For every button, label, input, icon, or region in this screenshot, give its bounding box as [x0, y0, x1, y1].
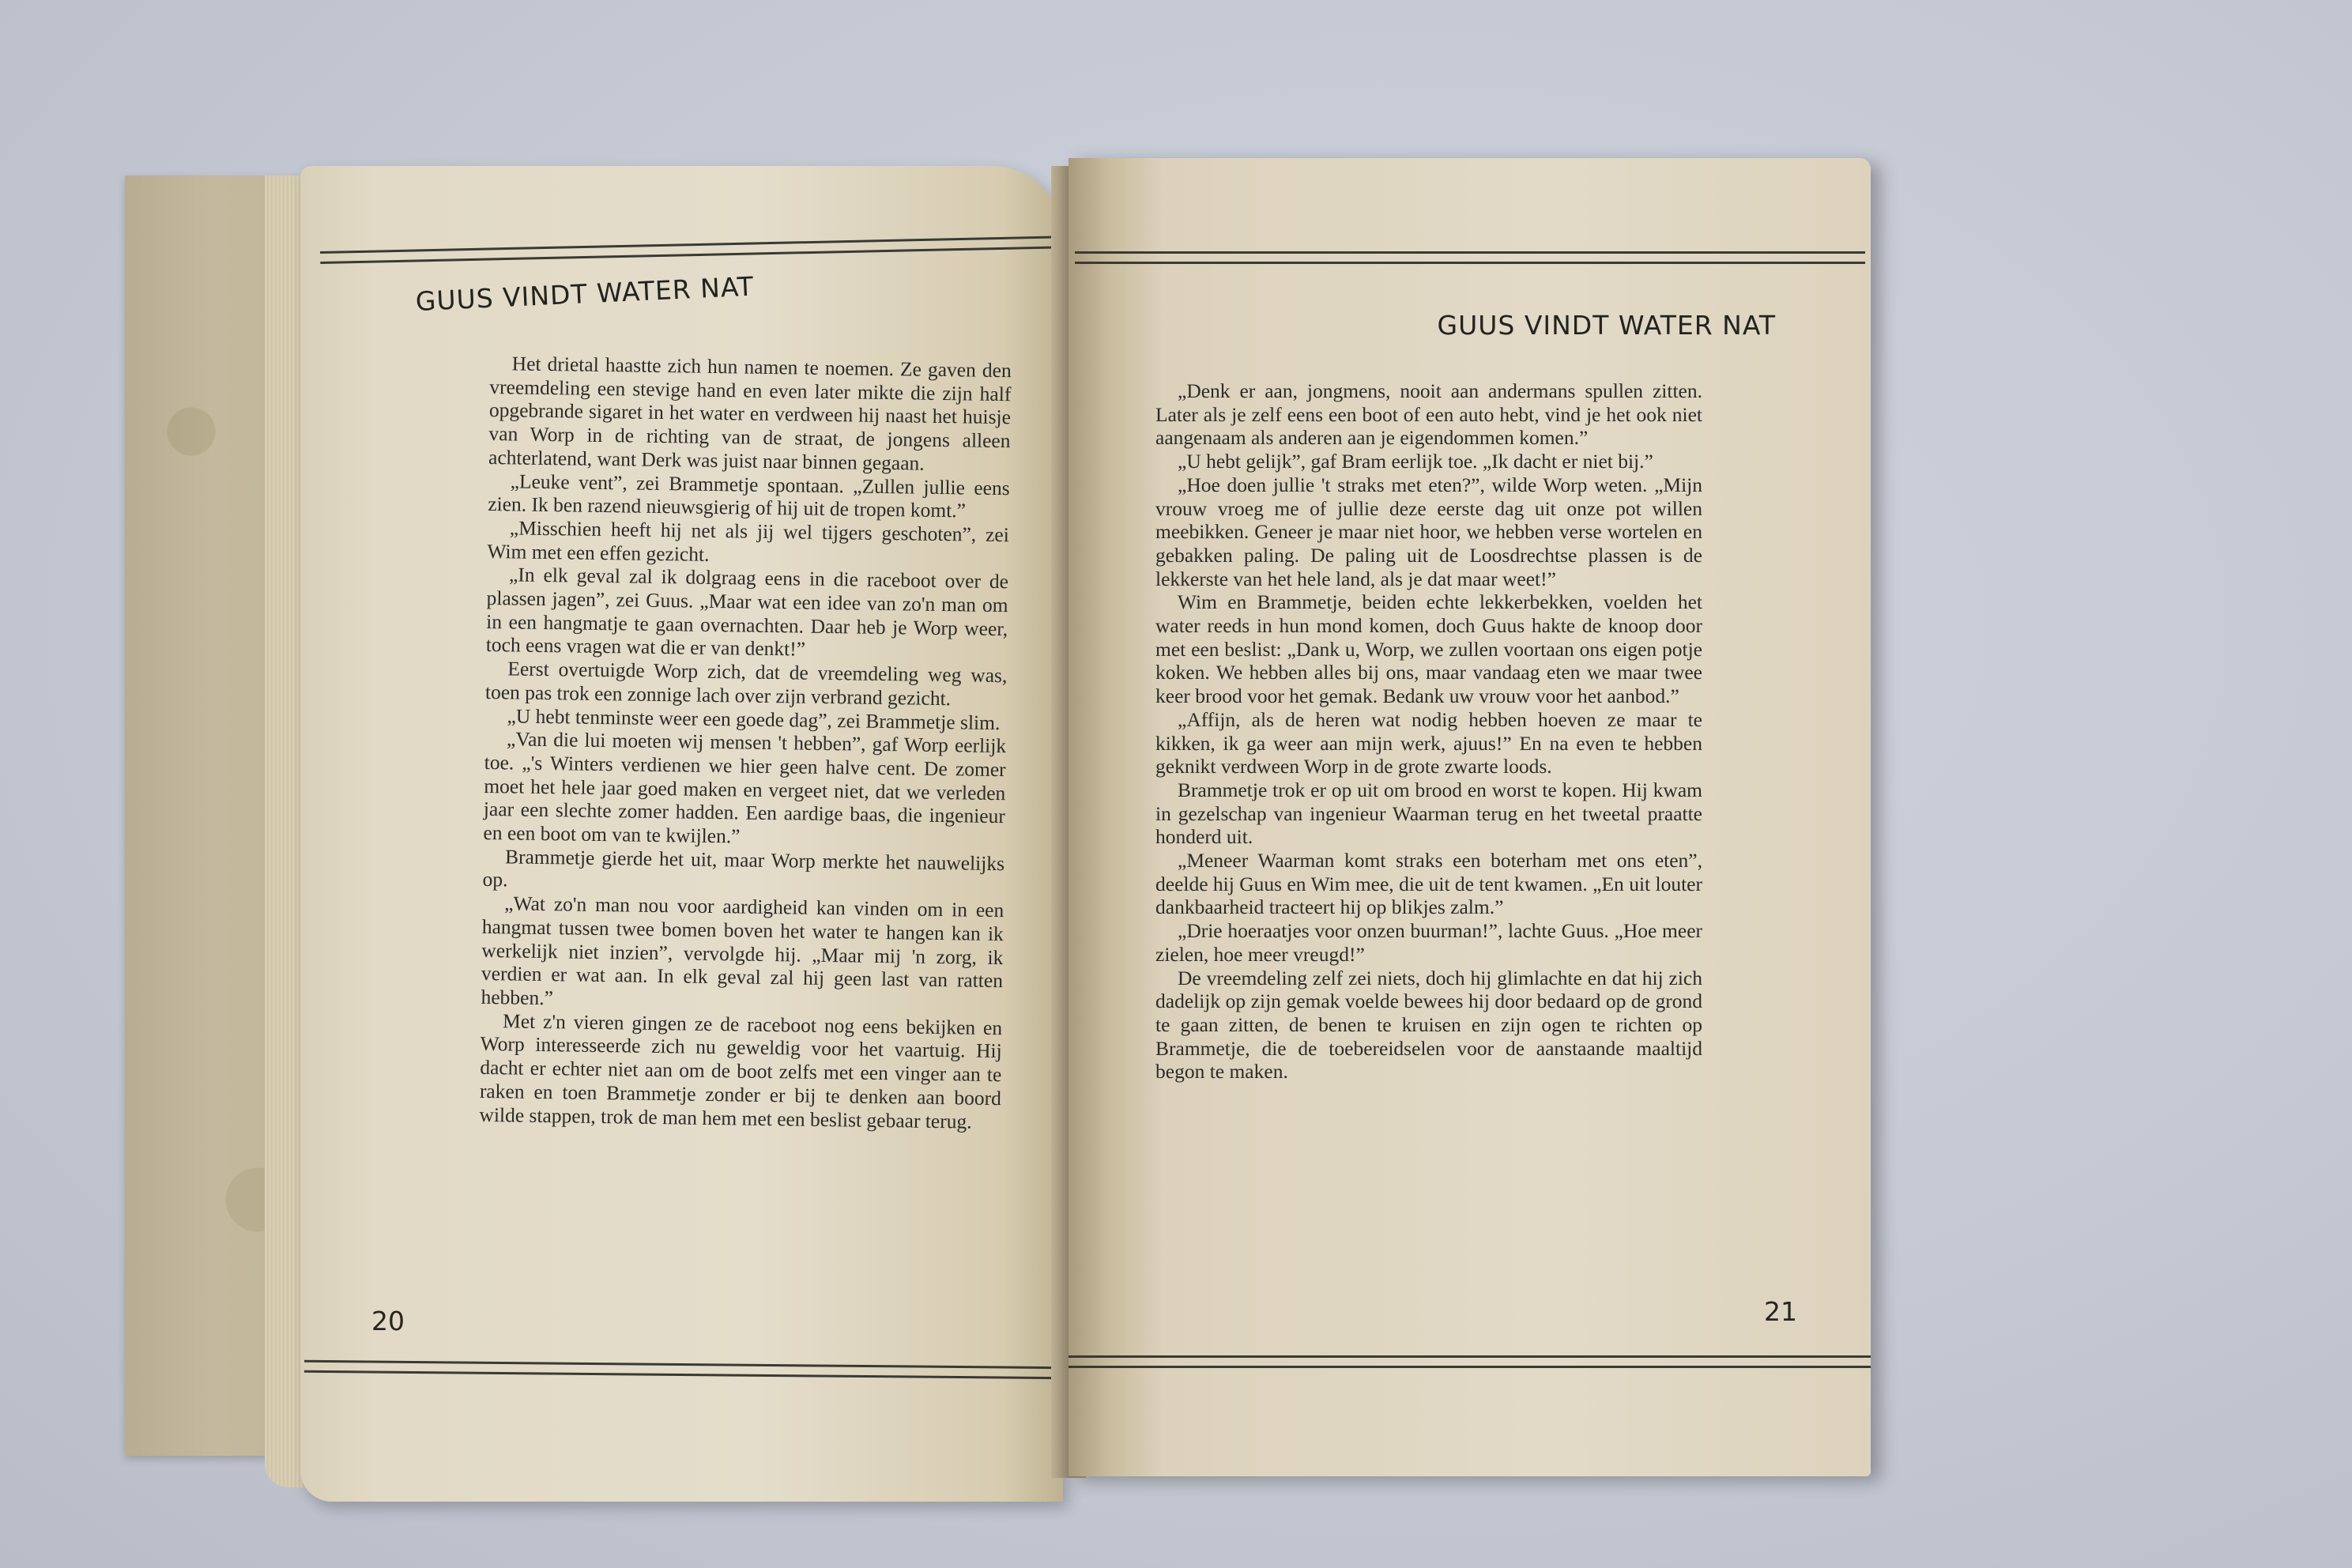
paragraph: „Leuke vent”, zei Brammetje spontaan. „Z…: [488, 469, 1010, 524]
paragraph: Met z'n vieren gingen ze de raceboot nog…: [479, 1009, 1002, 1134]
paragraph: Het drietal haastte zich hun namen te no…: [488, 352, 1012, 477]
paragraph: „Wat zo'n man nou voor aardigheid kan vi…: [481, 891, 1004, 1016]
paragraph: „In elk geval zal ik dolgraag eens in di…: [486, 563, 1009, 664]
paragraph: Brammetje trok er op uit om brood en wor…: [1155, 778, 1702, 849]
top-double-rule: [1075, 251, 1865, 264]
bottom-double-rule: [1069, 1355, 1871, 1368]
paragraph: Brammetje gierde het uit, maar Worp merk…: [482, 845, 1004, 899]
left-page: GUUS VINDT WATER NAT Het drietal haastte…: [300, 166, 1063, 1502]
paragraph: Eerst overtuigde Worp zich, dat de vreem…: [485, 657, 1008, 711]
bottom-double-rule: [304, 1360, 1063, 1379]
paragraph: „Misschien heeft hij net als jij wel tij…: [487, 516, 1009, 571]
paragraph: „Meneer Waarman komt straks een boterham…: [1155, 849, 1702, 919]
page-number-left: 20: [371, 1306, 405, 1336]
left-page-body: Het drietal haastte zich hun namen te no…: [479, 352, 1012, 1133]
photo-scene: GUUS VINDT WATER NAT Het drietal haastte…: [0, 0, 2352, 1568]
paragraph: „Hoe doen jullie 't straks met eten?”, w…: [1155, 473, 1702, 591]
running-head-left: GUUS VINDT WATER NAT: [415, 271, 755, 317]
running-head-right: GUUS VINDT WATER NAT: [1438, 310, 1777, 341]
paragraph: „Affijn, als de heren wat nodig hebben h…: [1155, 708, 1702, 778]
top-double-rule: [320, 236, 1055, 264]
paragraph: Wim en Brammetje, beiden echte lekkerbek…: [1155, 590, 1702, 708]
paragraph: „Drie hoeraatjes voor onzen buurman!”, l…: [1155, 919, 1702, 966]
paragraph: De vreemdeling zelf zei niets, doch hij …: [1155, 967, 1702, 1084]
right-page-body: „Denk er aan, jongmens, nooit aan anderm…: [1155, 379, 1702, 1084]
page-number-right: 21: [1764, 1296, 1797, 1327]
right-page: GUUS VINDT WATER NAT „Denk er aan, jongm…: [1069, 158, 1871, 1476]
paragraph: „Van die lui moeten wij mensen 't hebben…: [483, 727, 1006, 852]
paragraph: „U hebt gelijk”, gaf Bram eerlijk toe. „…: [1155, 450, 1702, 473]
paragraph: „Denk er aan, jongmens, nooit aan anderm…: [1155, 379, 1702, 450]
